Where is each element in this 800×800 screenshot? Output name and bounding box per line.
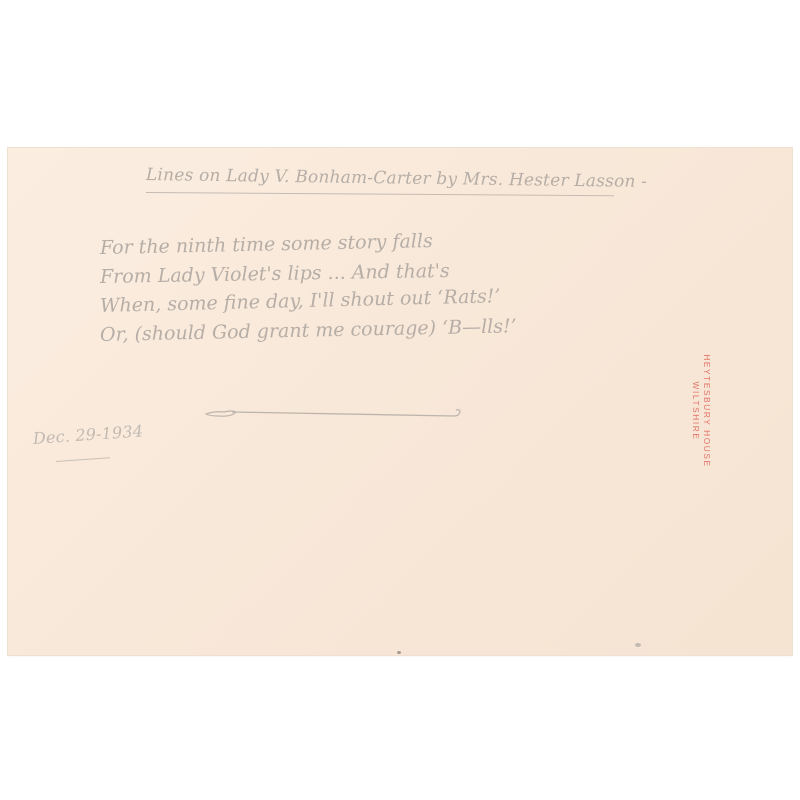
note-date: Dec. 29-1934	[32, 421, 143, 448]
paper-blemish	[635, 643, 641, 647]
letter-paper: Lines on Lady V. Bonham-Carter by Mrs. H…	[8, 148, 792, 655]
title-underline	[146, 192, 614, 196]
closing-flourish	[204, 406, 464, 422]
date-underline	[56, 457, 110, 462]
poem: For the ninth time some story falls From…	[100, 234, 517, 350]
letterhead-house: HEYTESBURY HOUSE	[701, 336, 712, 486]
paper-blemish	[397, 651, 401, 654]
note-title: Lines on Lady V. Bonham-Carter by Mrs. H…	[146, 165, 647, 192]
letterhead-county: WILTSHIRE	[690, 336, 701, 486]
letterhead: HEYTESBURY HOUSE WILTSHIRE	[690, 336, 720, 486]
